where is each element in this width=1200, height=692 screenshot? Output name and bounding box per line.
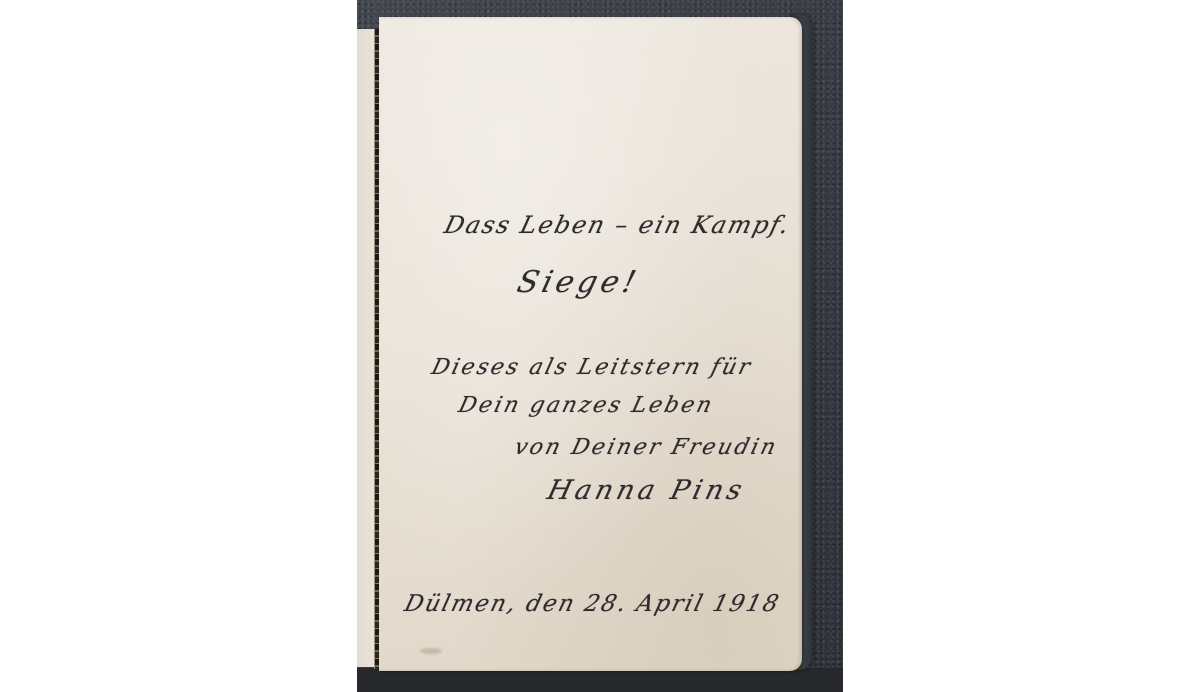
signature: Hanna Pins [544,475,749,506]
place-date-line: Dülmen, den 28. April 1918 [402,591,783,617]
dedication-line-1: Dieses als Leitstern für [429,355,755,380]
dedication-line-3: von Deiner Freudin [512,435,781,460]
dedication-line-2: Dein ganzes Leben [456,393,717,418]
exclamation-line: Siege! [514,265,644,300]
table-surface [357,668,843,692]
page-stain [420,648,442,654]
motto-line: Dass Leben – ein Kampf. [442,211,794,239]
photo-stage: Dass Leben – ein Kampf. Siege! Dieses al… [0,0,1200,692]
album-page [379,17,802,671]
